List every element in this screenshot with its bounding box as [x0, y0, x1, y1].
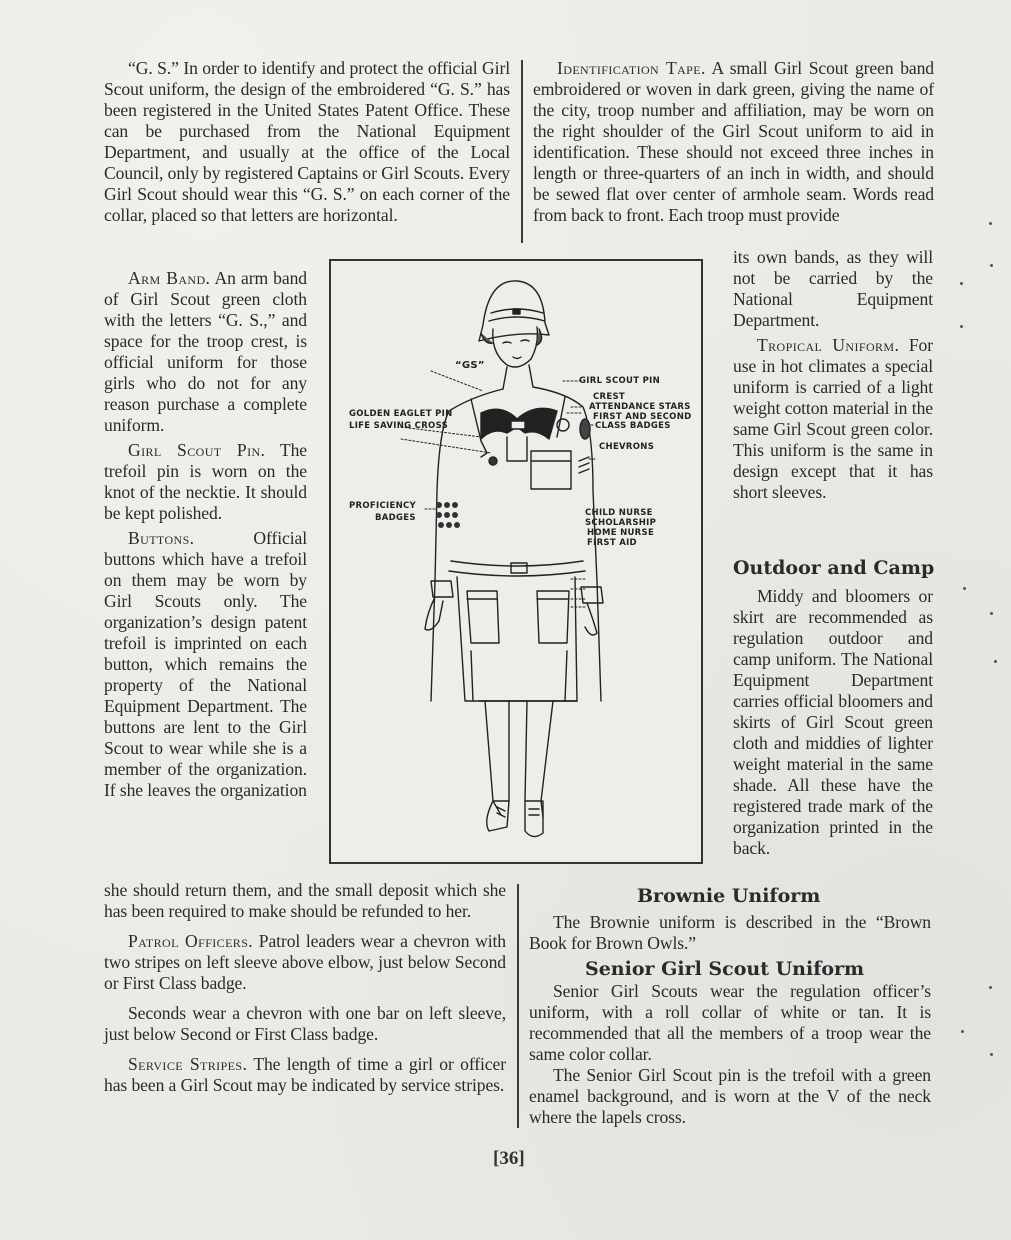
arm-band-text: An arm band of Girl Scout green cloth wi…	[104, 268, 307, 435]
senior-paragraph-1: Senior Girl Scouts wear the regulation o…	[529, 981, 931, 1065]
brownie-uniform-paragraph: The Brownie uniform is described in the …	[529, 912, 931, 954]
label-crest: CREST	[593, 392, 625, 402]
label-scholarship: SCHOLARSHIP	[585, 518, 656, 528]
label-golden-eaglet-pin: GOLDEN EAGLET PIN	[349, 409, 453, 419]
patrol-officers-lead: Patrol Officers.	[128, 931, 253, 951]
label-life-saving-cross: LIFE SAVING CROSS	[349, 421, 448, 431]
brownie-uniform-text: The Brownie uniform is described in the …	[529, 912, 931, 954]
label-proficiency-2: BADGES	[375, 513, 416, 523]
service-stripes-lead: Service Stripes.	[128, 1054, 247, 1074]
buttons-paragraph: Buttons. Official buttons which have a t…	[104, 528, 307, 801]
column-divider-top	[521, 60, 523, 243]
buttons-text: Official buttons which have a trefoil on…	[104, 528, 307, 800]
senior-paragraph-2: The Senior Girl Scout pin is the trefoil…	[529, 1065, 931, 1128]
senior-girl-scout-uniform-section: Senior Girl Scouts wear the regulation o…	[529, 981, 931, 1128]
outdoor-and-camp-paragraph: Middy and bloomers or skirt are recommen…	[733, 586, 933, 859]
gs-paragraph: “G. S.” In order to identify and protect…	[104, 58, 510, 226]
scan-speck	[960, 282, 963, 285]
page-number: [36]	[493, 1148, 525, 1170]
label-chevrons: CHEVRONS	[599, 442, 654, 452]
identification-tape-paragraph: Identification Tape. A small Girl Scout …	[533, 58, 934, 226]
scan-speck	[994, 660, 997, 663]
left-lower-column: she should return them, and the small de…	[104, 880, 506, 1096]
brownie-uniform-heading: Brownie Uniform	[637, 885, 820, 907]
identification-tape-continuation: its own bands, as they will not be carri…	[733, 247, 933, 331]
tropical-uniform-paragraph: Tropical Uniform. For use in hot climate…	[733, 335, 933, 503]
column-divider-bottom	[517, 884, 519, 1128]
uniform-illustration: “GS” GIRL SCOUT PIN CREST ATTENDANCE STA…	[329, 259, 703, 864]
identification-tape-text: A small Girl Scout green band embroidere…	[533, 58, 934, 225]
arm-band-paragraph: Arm Band. An arm band of Girl Scout gree…	[104, 268, 307, 436]
scan-speck	[961, 1030, 964, 1033]
scan-speck	[990, 612, 993, 615]
label-home-nurse: HOME NURSE	[587, 528, 654, 538]
label-attendance-stars: ATTENDANCE STARS	[589, 402, 691, 412]
label-gs: “GS”	[455, 361, 485, 371]
tropical-uniform-lead: Tropical Uniform.	[757, 335, 899, 355]
outdoor-and-camp-text: Middy and bloomers or skirt are recommen…	[733, 586, 933, 859]
buttons-continuation: she should return them, and the small de…	[104, 880, 506, 922]
label-first-aid: FIRST AID	[587, 538, 637, 548]
left-narrow-column: Arm Band. An arm band of Girl Scout gree…	[104, 268, 307, 801]
senior-girl-scout-uniform-heading: Senior Girl Scout Uniform	[585, 958, 864, 980]
label-girl-scout-pin: GIRL SCOUT PIN	[579, 376, 660, 386]
girl-scout-figure-drawing	[331, 261, 701, 862]
patrol-officers-paragraph: Patrol Officers. Patrol leaders wear a c…	[104, 931, 506, 994]
girl-scout-pin-paragraph: Girl Scout Pin. The trefoil pin is worn …	[104, 440, 307, 524]
label-first-second-2: CLASS BADGES	[595, 421, 671, 431]
scan-speck	[990, 1053, 993, 1056]
label-child-nurse: CHILD NURSE	[585, 508, 653, 518]
scan-speck	[989, 986, 992, 989]
gs-text: In order to identify and protect the off…	[104, 58, 510, 225]
service-stripes-paragraph: Service Stripes. The length of time a gi…	[104, 1054, 506, 1096]
arm-band-lead: Arm Band.	[128, 268, 210, 288]
scan-speck	[960, 325, 963, 328]
scan-speck	[989, 222, 992, 225]
tropical-uniform-text: For use in hot climates a special unifor…	[733, 335, 933, 502]
gs-lead: “G. S.”	[128, 58, 179, 78]
outdoor-and-camp-heading: Outdoor and Camp	[733, 557, 934, 579]
girl-scout-pin-lead: Girl Scout Pin.	[128, 440, 265, 460]
identification-tape-lead: Identification Tape.	[557, 58, 706, 78]
buttons-lead: Buttons.	[128, 528, 194, 548]
scan-speck	[990, 264, 993, 267]
label-proficiency-1: PROFICIENCY	[349, 501, 416, 511]
right-narrow-column: its own bands, as they will not be carri…	[733, 247, 933, 503]
seconds-paragraph: Seconds wear a chevron with one bar on l…	[104, 1003, 506, 1045]
scan-speck	[963, 587, 966, 590]
